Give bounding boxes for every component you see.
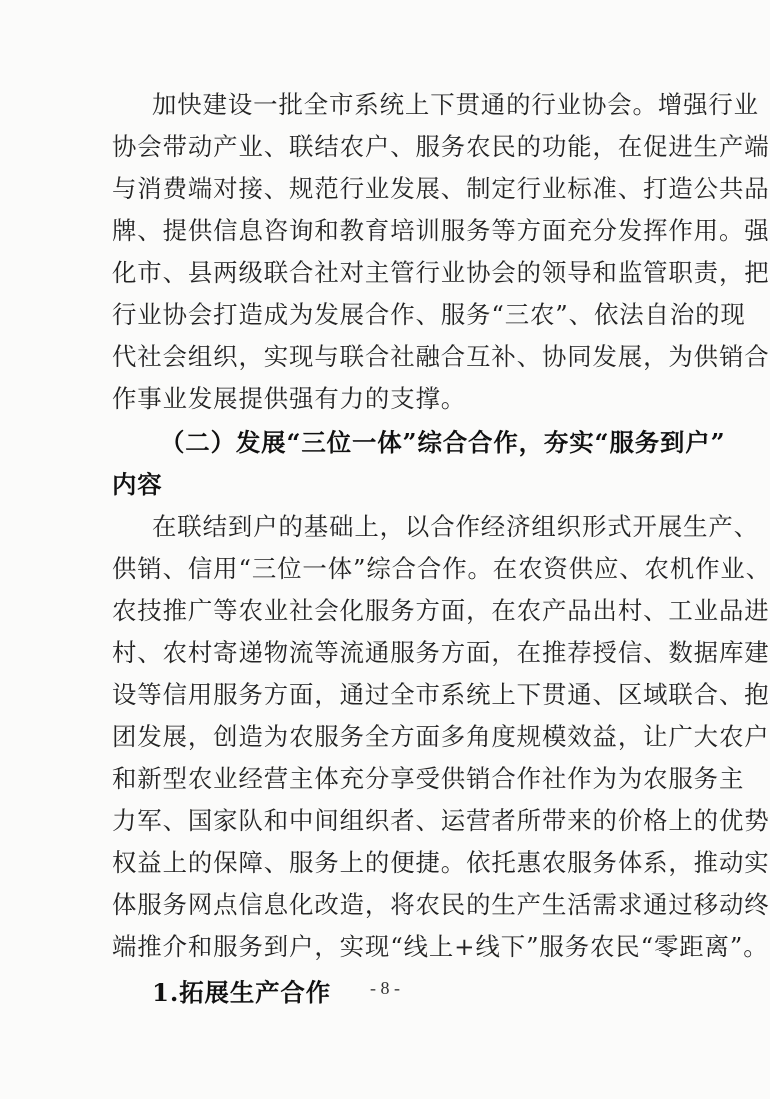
paragraph-1-line-1: 加快建设一批全市系统上下贯通的行业协会。增强行业 (152, 88, 687, 122)
paragraph-1-line-4: 牌、提供信息咨询和教育培训服务等方面充分发挥作用。强 (112, 214, 687, 248)
page-number: - 8 - (0, 978, 770, 999)
paragraph-1-line-2: 协会带动产业、联结农户、服务农民的功能，在促进生产端 (112, 130, 687, 164)
paragraph-2-line-9: 权益上的保障、服务上的便捷。依托惠农服务体系，推动实 (112, 846, 687, 880)
paragraph-1-line-8: 作事业发展提供强有力的支撑。 (112, 382, 687, 416)
paragraph-1-line-7: 代社会组织，实现与联合社融合互补、协同发展，为供销合 (112, 340, 687, 374)
section-heading-line-1: （二）发展“三位一体”综合合作，夯实“服务到户” (160, 426, 735, 460)
section-heading-line-2: 内容 (112, 468, 687, 502)
paragraph-2-line-1: 在联结到户的基础上，以合作经济组织形式开展生产、 (152, 510, 687, 544)
paragraph-2-line-2: 供销、信用“三位一体”综合合作。在农资供应、农机作业、 (112, 552, 687, 586)
paragraph-2-line-6: 团发展，创造为农服务全方面多角度规模效益，让广大农户 (112, 720, 687, 754)
paragraph-2-line-7: 和新型农业经营主体充分享受供销合作社作为为农服务主 (112, 762, 687, 796)
paragraph-2-line-5: 设等信用服务方面，通过全市系统上下贯通、区域联合、抱 (112, 678, 687, 712)
paragraph-2-line-3: 农技推广等农业社会化服务方面，在农产品出村、工业品进 (112, 594, 687, 628)
paragraph-2-line-11: 端推介和服务到户，实现“线上+线下”服务农民“零距离”。 (112, 930, 687, 964)
paragraph-1-line-5: 化市、县两级联合社对主管行业协会的领导和监管职责，把 (112, 256, 687, 290)
document-page: 加快建设一批全市系统上下贯通的行业协会。增强行业 协会带动产业、联结农户、服务农… (0, 0, 770, 1099)
paragraph-1-line-6: 行业协会打造成为发展合作、服务“三农”、依法自治的现 (112, 298, 687, 332)
paragraph-2-line-8: 力军、国家队和中间组织者、运营者所带来的价格上的优势、 (112, 804, 687, 838)
paragraph-1-line-3: 与消费端对接、规范行业发展、制定行业标准、打造公共品 (112, 172, 687, 206)
paragraph-2-line-4: 村、农村寄递物流等流通服务方面，在推荐授信、数据库建 (112, 636, 687, 670)
paragraph-2-line-10: 体服务网点信息化改造，将农民的生产生活需求通过移动终 (112, 888, 687, 922)
